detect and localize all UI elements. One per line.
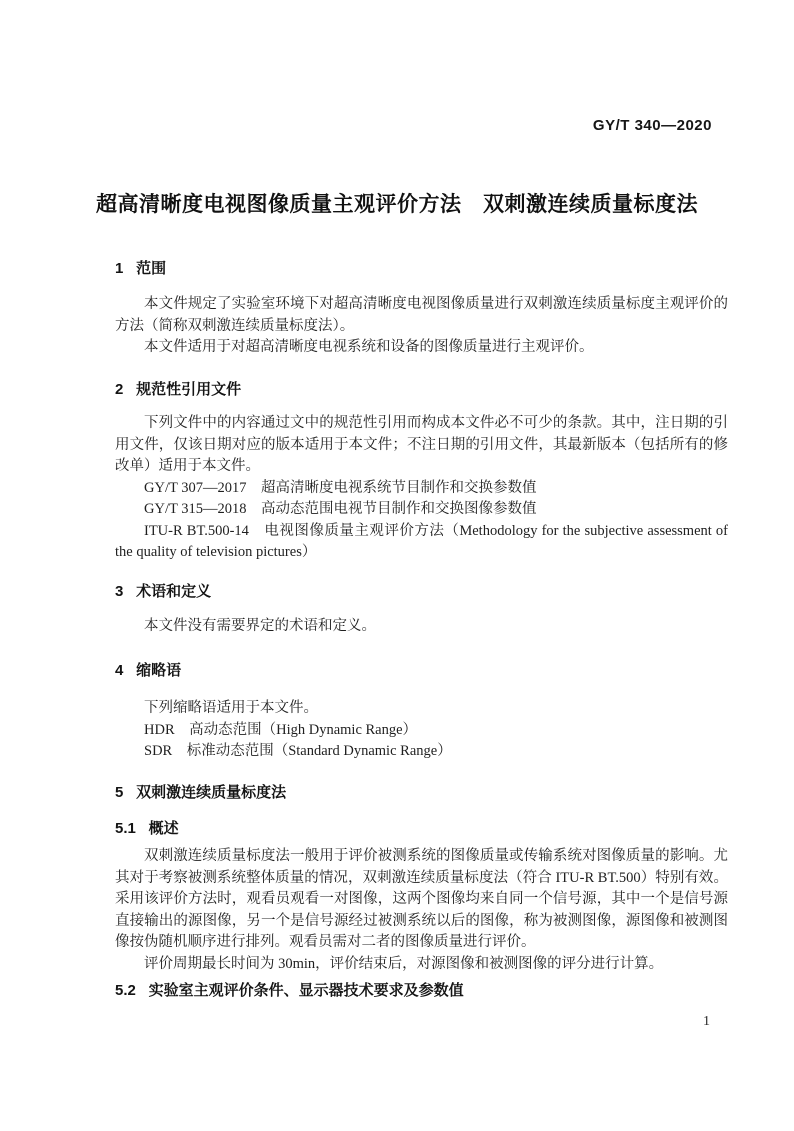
- paragraph: 本文件适用于对超高清晰度电视系统和设备的图像质量进行主观评价。: [115, 337, 728, 359]
- section-3-number: 3: [115, 581, 123, 603]
- paragraph: 下列文件中的内容通过文中的规范性引用而构成本文件必不可少的条款。其中，注日期的引…: [115, 413, 728, 478]
- section-4-heading: 4缩略语: [115, 660, 728, 682]
- section-5-1-number: 5.1: [115, 818, 136, 840]
- section-5-number: 5: [115, 782, 123, 804]
- section-5-2-title: 实验室主观评价条件、显示器技术要求及参数值: [149, 982, 464, 999]
- section-5-title: 双刺激连续质量标度法: [136, 784, 286, 801]
- paragraph: 评价周期最长时间为 30min，评价结束后，对源图像和被测图像的评分进行计算。: [115, 954, 728, 976]
- document-page: GY/T 340—2020 超高清晰度电视图像质量主观评价方法 双刺激连续质量标…: [0, 0, 794, 1131]
- paragraph: 下列缩略语适用于本文件。: [115, 698, 728, 720]
- section-2-title: 规范性引用文件: [136, 381, 241, 398]
- paragraph: 本文件规定了实验室环境下对超高清晰度电视图像质量进行双刺激连续质量标度主观评价的…: [115, 294, 728, 337]
- page-number: 1: [703, 1014, 710, 1030]
- section-5-1-heading: 5.1概述: [115, 818, 728, 840]
- section-5-2-number: 5.2: [115, 980, 136, 1002]
- section-3-heading: 3术语和定义: [115, 581, 728, 603]
- reference-item: ITU-R BT.500-14 电视图像质量主观评价方法（Methodology…: [115, 521, 728, 564]
- section-2-heading: 2规范性引用文件: [115, 379, 728, 401]
- section-5-2-heading: 5.2实验室主观评价条件、显示器技术要求及参数值: [115, 980, 728, 1002]
- paragraph: 双刺激连续质量标度法一般用于评价被测系统的图像质量或传输系统对图像质量的影响。尤…: [115, 846, 728, 954]
- section-4-title: 缩略语: [136, 662, 181, 679]
- document-title: 超高清晰度电视图像质量主观评价方法 双刺激连续质量标度法: [90, 190, 704, 220]
- section-3-title: 术语和定义: [136, 583, 211, 600]
- section-2-number: 2: [115, 379, 123, 401]
- reference-item: GY/T 315—2018 高动态范围电视节目制作和交换图像参数值: [115, 499, 728, 521]
- section-5-1-body: 双刺激连续质量标度法一般用于评价被测系统的图像质量或传输系统对图像质量的影响。尤…: [115, 846, 728, 975]
- standard-number: GY/T 340—2020: [593, 117, 712, 134]
- section-1-title: 范围: [136, 260, 166, 277]
- abbreviation-item: SDR 标准动态范围（Standard Dynamic Range）: [115, 741, 728, 763]
- section-4-body: 下列缩略语适用于本文件。 HDR 高动态范围（High Dynamic Rang…: [115, 698, 728, 763]
- section-1-number: 1: [115, 258, 123, 280]
- paragraph: 本文件没有需要界定的术语和定义。: [115, 616, 728, 638]
- section-1-heading: 1范围: [115, 258, 728, 280]
- section-4-number: 4: [115, 660, 123, 682]
- section-5-1-title: 概述: [149, 820, 179, 837]
- section-5-heading: 5双刺激连续质量标度法: [115, 782, 728, 804]
- section-1-body: 本文件规定了实验室环境下对超高清晰度电视图像质量进行双刺激连续质量标度主观评价的…: [115, 294, 728, 359]
- abbreviation-item: HDR 高动态范围（High Dynamic Range）: [115, 720, 728, 742]
- reference-item: GY/T 307—2017 超高清晰度电视系统节目制作和交换参数值: [115, 478, 728, 500]
- section-3-body: 本文件没有需要界定的术语和定义。: [115, 616, 728, 638]
- section-2-body: 下列文件中的内容通过文中的规范性引用而构成本文件必不可少的条款。其中，注日期的引…: [115, 413, 728, 564]
